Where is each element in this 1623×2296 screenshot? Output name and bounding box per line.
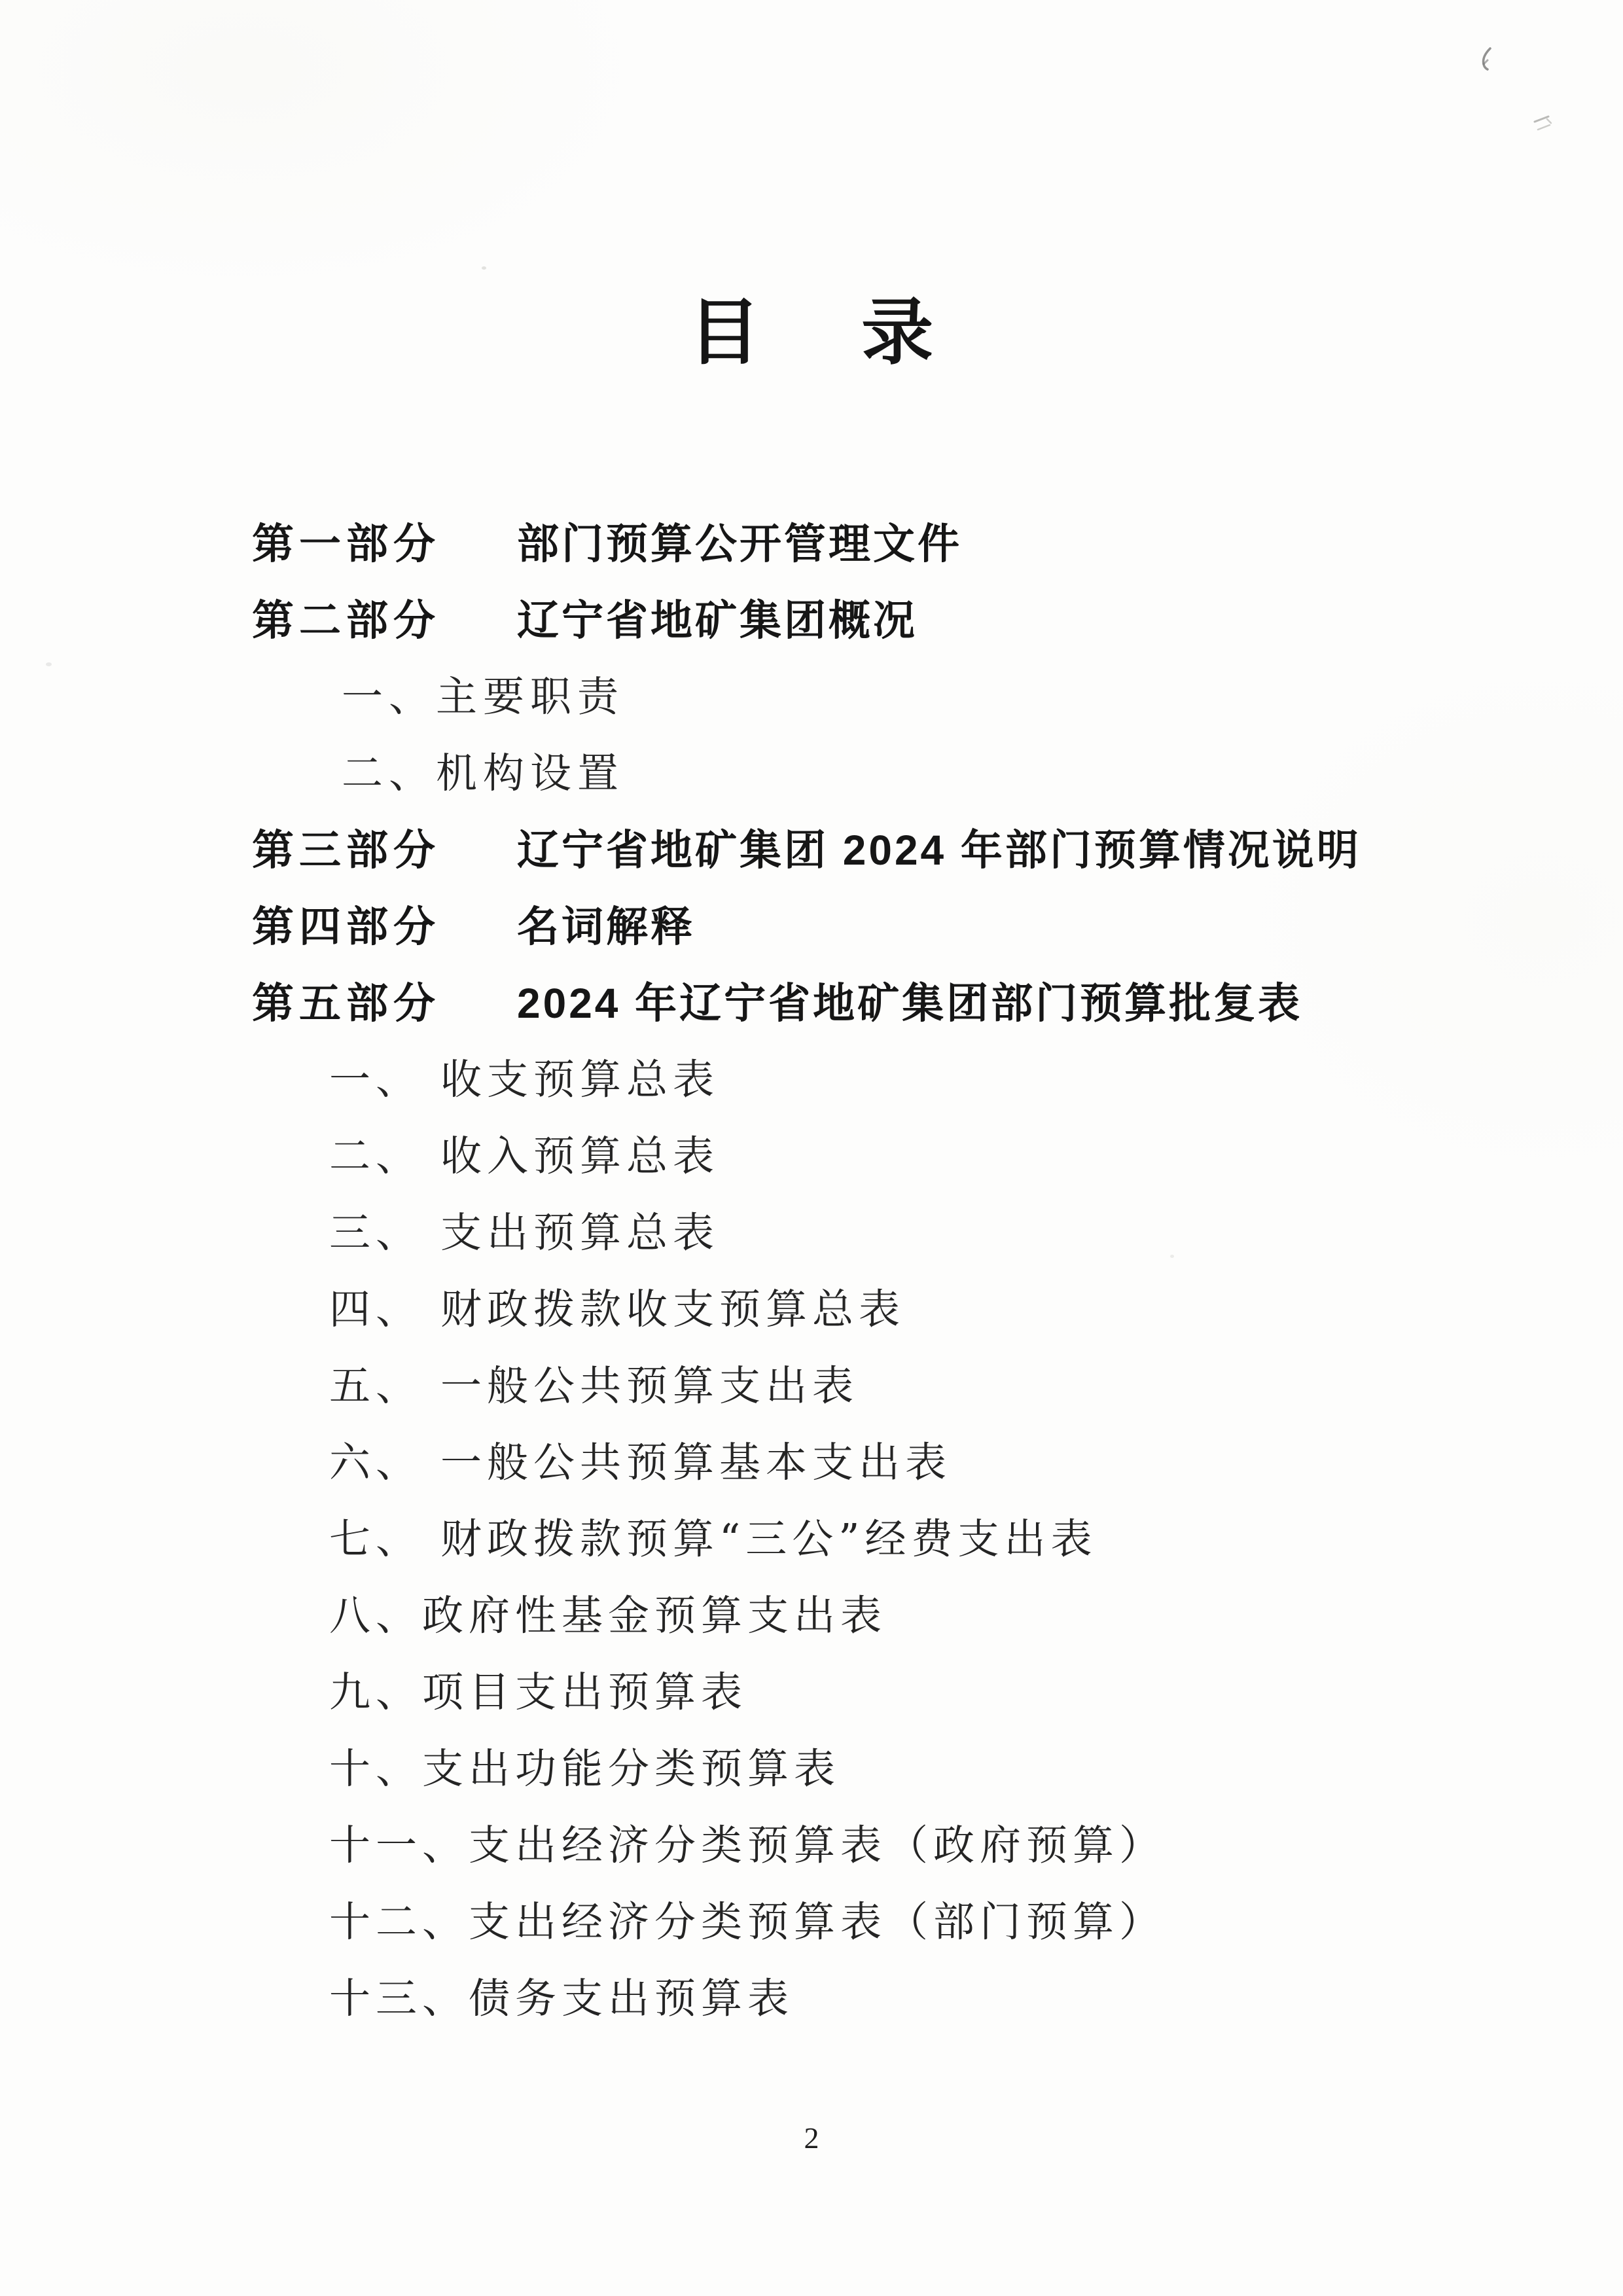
toc-entry-text: 十、支出功能分类预算表 [329,1748,840,1789]
toc-entry-text: 十二、支出经济分类预算表（部门预算） [329,1901,1166,1943]
toc-entry-text: 八、政府性基金预算支出表 [329,1595,887,1636]
toc-entry-text: 二、 收入预算总表 [329,1136,719,1177]
toc-part-label: 第五部分 [252,982,517,1024]
toc-part-row: 第五部分2024 年辽宁省地矿集团部门预算批复表 [0,965,1623,1041]
toc-item-row: 二、 收入预算总表 [0,1118,1623,1194]
toc-entry-text: 三、 支出预算总表 [329,1212,719,1253]
scan-speck [46,662,52,666]
toc-item-row: 十一、支出经济分类预算表（政府预算） [0,1807,1623,1884]
toc-item-row: 三、 支出预算总表 [0,1194,1623,1271]
page-number: 2 [0,2123,1623,2153]
toc-entry-text: 一、 收支预算总表 [329,1059,719,1100]
toc-entry-text: 十一、支出经济分类预算表（政府预算） [329,1825,1166,1866]
toc-entry-text: 四、 财政拨款收支预算总表 [329,1289,905,1330]
table-of-contents: 第一部分部门预算公开管理文件 第二部分辽宁省地矿集团概况 一、主要职责 二、机构… [0,505,1623,2037]
toc-entry-text: 一、主要职责 [342,676,624,717]
toc-item-row: 五、 一般公共预算支出表 [0,1348,1623,1424]
toc-entry-text: 七、 财政拨款预算“三公”经费支出表 [329,1518,1097,1560]
toc-part-title: 部门预算公开管理文件 [517,523,962,565]
toc-part-label: 第一部分 [252,523,517,565]
toc-item-row: 七、 财政拨款预算“三公”经费支出表 [0,1501,1623,1577]
toc-sub-row: 二、机构设置 [0,735,1623,812]
toc-entry-text: 十三、债务支出预算表 [329,1978,794,2019]
scan-speck [1170,1255,1174,1258]
toc-part-label: 第四部分 [252,906,517,948]
toc-part-title: 辽宁省地矿集团概况 [517,600,918,641]
toc-entry-text: 六、 一般公共预算基本支出表 [329,1442,952,1483]
toc-item-row: 十、支出功能分类预算表 [0,1731,1623,1807]
toc-item-row: 八、政府性基金预算支出表 [0,1577,1623,1654]
toc-item-row: 九、项目支出预算表 [0,1654,1623,1731]
toc-part-row: 第一部分部门预算公开管理文件 [0,505,1623,582]
scanned-document-page: 目 录 第一部分部门预算公开管理文件 第二部分辽宁省地矿集团概况 一、主要职责 … [0,0,1623,2296]
toc-sub-row: 一、主要职责 [0,658,1623,735]
toc-part-label: 第三部分 [252,829,517,871]
toc-part-label: 第二部分 [252,600,517,641]
toc-part-row: 第三部分辽宁省地矿集团 2024 年部门预算情况说明 [0,812,1623,888]
toc-part-row: 第二部分辽宁省地矿集团概况 [0,582,1623,658]
toc-part-row: 第四部分名词解释 [0,888,1623,965]
toc-item-row: 四、 财政拨款收支预算总表 [0,1271,1623,1348]
toc-item-row: 十二、支出经济分类预算表（部门预算） [0,1884,1623,1960]
toc-entry-text: 五、 一般公共预算支出表 [329,1365,859,1407]
scan-artifact-curl [1479,47,1493,72]
scan-speck [482,266,486,270]
toc-part-title: 辽宁省地矿集团 2024 年部门预算情况说明 [517,829,1361,871]
scan-artifact-scratch [1533,114,1555,134]
toc-part-title: 2024 年辽宁省地矿集团部门预算批复表 [517,982,1302,1024]
toc-item-row: 六、 一般公共预算基本支出表 [0,1424,1623,1501]
toc-entry-text: 二、机构设置 [342,753,624,794]
toc-entry-text: 九、项目支出预算表 [329,1672,747,1713]
page-title: 目 录 [0,285,1623,379]
toc-part-title: 名词解释 [517,906,695,948]
toc-item-row: 一、 收支预算总表 [0,1041,1623,1118]
toc-item-row: 十三、债务支出预算表 [0,1960,1623,2037]
